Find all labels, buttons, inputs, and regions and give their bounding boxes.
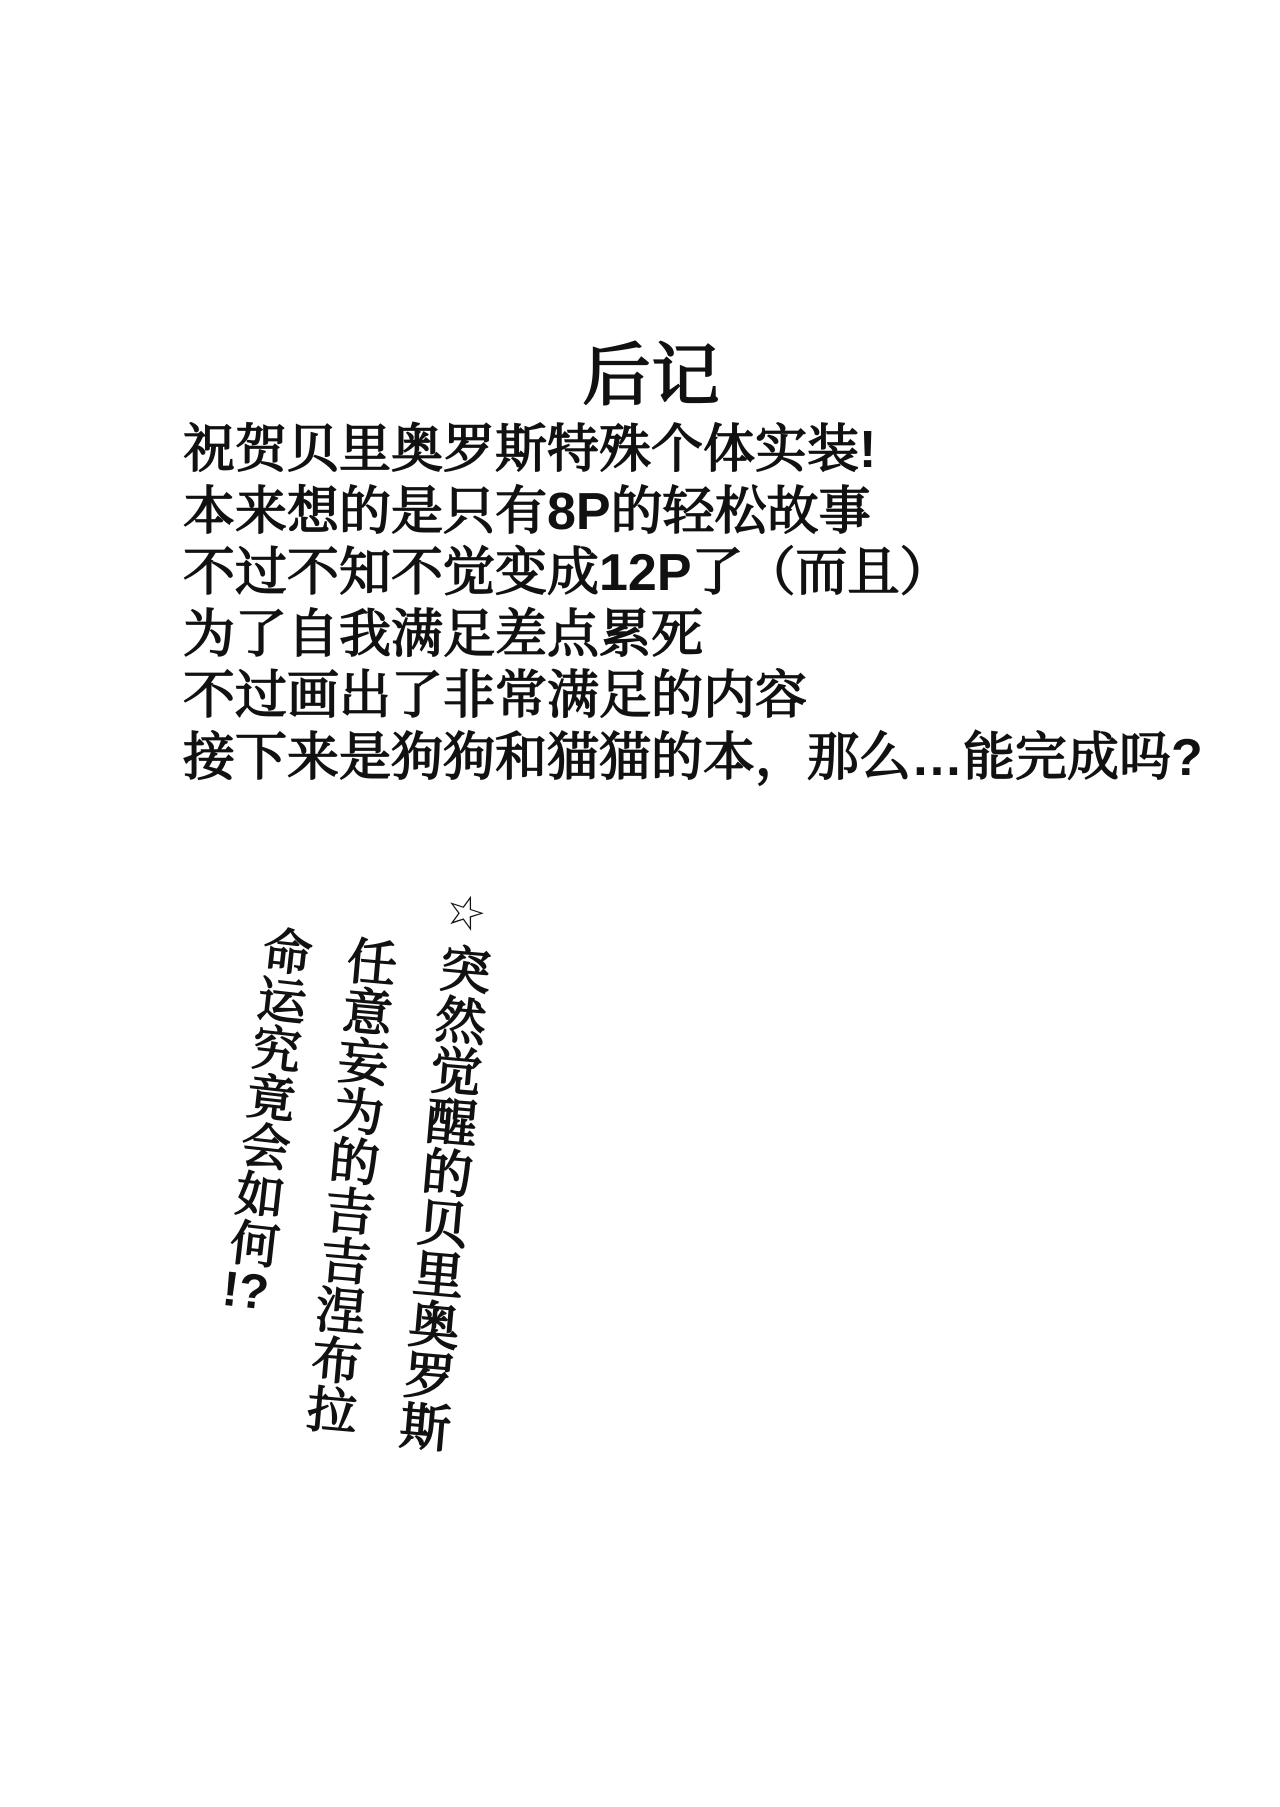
vertical-tagline-fate-question: 命运究竟会如何!? (216, 923, 311, 1318)
page-title: 后记 (0, 336, 1280, 416)
afterword-line: 本来想的是只有8P的轻松故事 (183, 482, 1203, 544)
vertical-tagline-punctuation: !? (216, 1264, 275, 1319)
afterword-line: 不过画出了非常满足的内容 (183, 666, 1203, 728)
vertical-tagline-text: 突然觉醒的贝里奥罗斯 (390, 941, 491, 1454)
afterword-line: 祝贺贝里奥罗斯特殊个体实装! (183, 420, 1203, 482)
vertical-tagline-willful-gigginox: 任意妄为的吉吉涅布拉 (300, 934, 397, 1437)
afterword-line: 不过不知不觉变成12P了（而且） (183, 543, 1203, 605)
afterword-paragraph: 祝贺贝里奥罗斯特殊个体实装! 本来想的是只有8P的轻松故事 不过不知不觉变成12… (183, 420, 1203, 790)
vertical-tagline-text: 命运究竟会如何 (221, 923, 313, 1270)
star-icon: ☆ (439, 884, 492, 940)
afterword-line: 接下来是狗狗和猫猫的本，那么…能完成吗? (183, 728, 1203, 790)
vertical-tagline-awakened-barioth: 突然觉醒的贝里奥罗斯 (392, 941, 490, 1454)
afterword-page: 后记 祝贺贝里奥罗斯特殊个体实装! 本来想的是只有8P的轻松故事 不过不知不觉变… (0, 0, 1280, 1807)
afterword-line: 为了自我满足差点累死 (183, 605, 1203, 667)
vertical-tagline-text: 任意妄为的吉吉涅布拉 (298, 934, 398, 1437)
